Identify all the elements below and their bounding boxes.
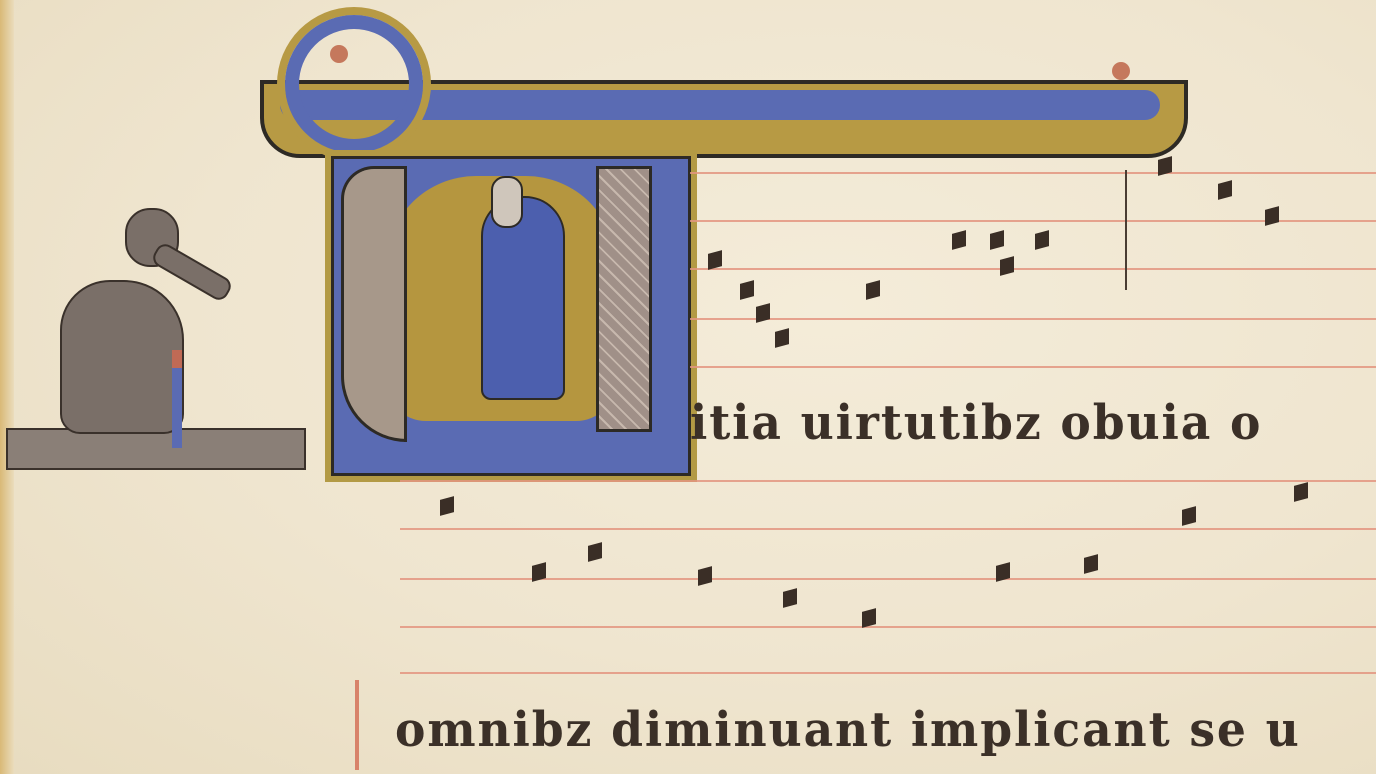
- historiated-initial: [325, 150, 697, 482]
- initial-letter-right-stroke: [596, 166, 652, 432]
- scroll-dot-left: [330, 45, 348, 63]
- initial-letter-left-stroke: [341, 166, 407, 442]
- scroll-curl-left: [285, 15, 423, 153]
- text-line-2: omnibz diminuant implicant se u: [395, 702, 1301, 758]
- marginal-drollery: [0, 200, 320, 480]
- drollery-body: [60, 280, 184, 434]
- robed-figure-head: [491, 176, 523, 228]
- scroll-dot-right: [1112, 62, 1130, 80]
- red-rubric-stroke: [355, 680, 371, 770]
- plank: [6, 428, 306, 470]
- robed-figure: [481, 196, 565, 400]
- saw-icon: [172, 350, 182, 448]
- text-line-1: itia uirtutibz obuia o: [690, 395, 1262, 451]
